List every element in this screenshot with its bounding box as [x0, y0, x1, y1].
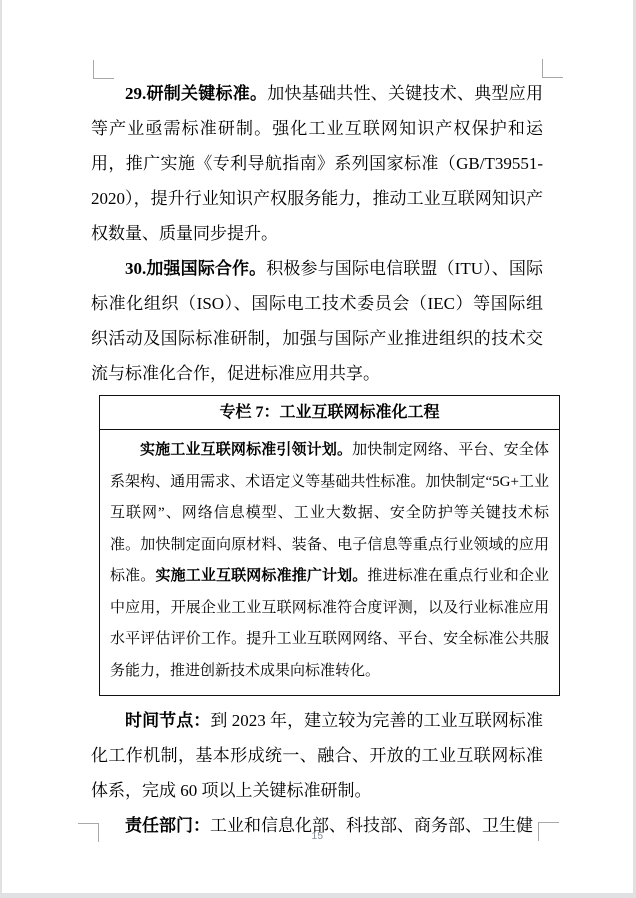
special-column-7-box: 专栏 7：工业互联网标准化工程 实施工业互联网标准引领计划。加快制定网络、平台、…	[99, 395, 560, 696]
text-boundary-mark-top-right	[542, 59, 563, 78]
paragraph-29-text: 加快基础共性、关键技术、典型应用等产业亟需标准研制。强化工业互联网知识产权保护和…	[91, 84, 543, 243]
box-text-standard-promotion: 推进标准在重点行业和企业中应用，开展企业工业互联网标准符合度评测，以及行业标准应…	[110, 568, 549, 679]
column-box-title: 专栏 7：工业互联网标准化工程	[100, 396, 559, 430]
box-lead-standard-promotion-plan: 实施工业互联网标准推广计划。	[155, 568, 367, 584]
column-box-body: 实施工业互联网标准引领计划。加快制定网络、平台、安全体系架构、通用需求、术语定义…	[100, 430, 559, 695]
box-lead-standard-guidance-plan: 实施工业互联网标准引领计划。	[140, 442, 352, 458]
paragraph-29: 29.研制关键标准。加快基础共性、关键技术、典型应用等产业亟需标准研制。强化工业…	[91, 76, 543, 251]
paragraph-29-lead: 29.研制关键标准。	[125, 84, 267, 103]
document-viewer-canvas: { "document": { "paragraphs": { "p29": {…	[0, 0, 636, 898]
paragraph-30: 30.加强国际合作。积极参与国际电信联盟（ITU）、国际标准化组织（ISO）、国…	[91, 251, 543, 391]
document-page: 29.研制关键标准。加快基础共性、关键技术、典型应用等产业亟需标准研制。强化工业…	[2, 0, 633, 893]
paragraph-timeline-lead: 时间节点：	[125, 711, 210, 730]
page-body: 29.研制关键标准。加快基础共性、关键技术、典型应用等产业亟需标准研制。强化工业…	[91, 76, 543, 843]
paragraph-30-lead: 30.加强国际合作。	[125, 259, 266, 278]
box-text-standard-guidance: 加快制定网络、平台、安全体系架构、通用需求、术语定义等基础共性标准。加快制定“5…	[110, 442, 549, 584]
paragraph-timeline: 时间节点：到 2023 年，建立较为完善的工业互联网标准化工作机制，基本形成统一…	[91, 703, 543, 808]
column-box-paragraph: 实施工业互联网标准引领计划。加快制定网络、平台、安全体系架构、通用需求、术语定义…	[110, 435, 549, 687]
page-number: 15	[2, 831, 633, 842]
